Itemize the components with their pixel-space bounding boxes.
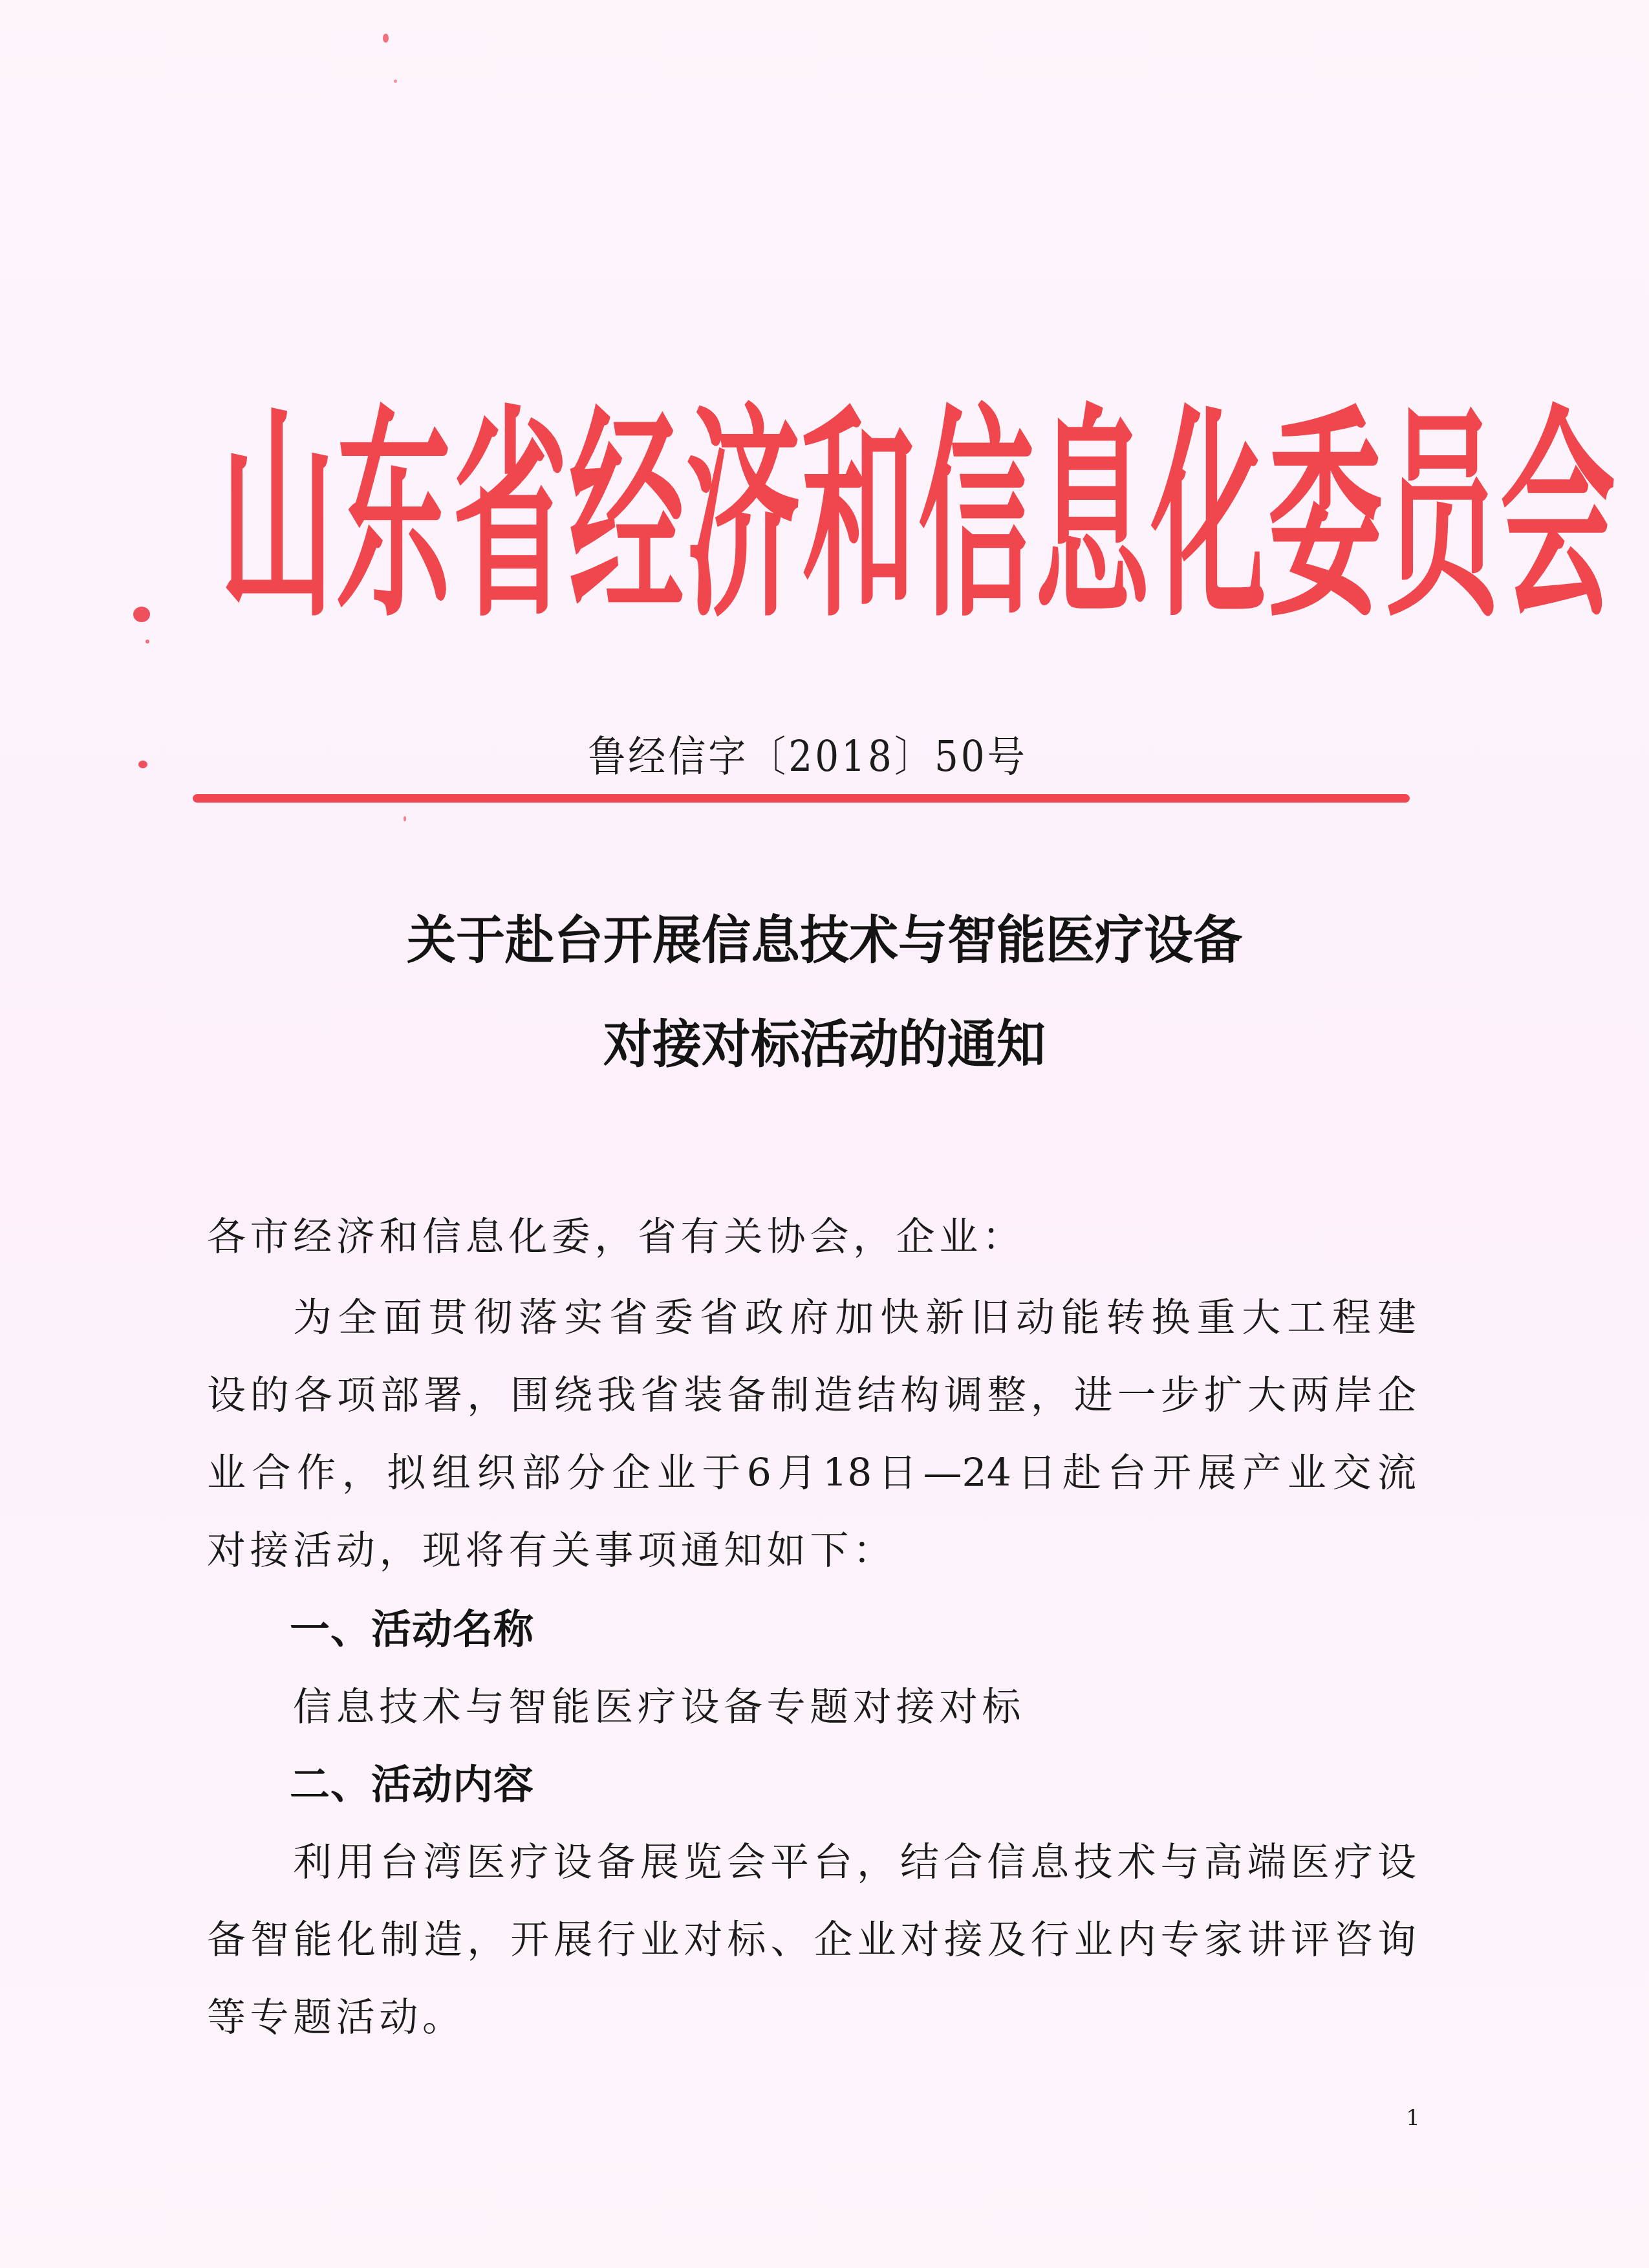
salutation: 各市经济和信息化委，省有关协会，企业： (207, 1205, 1416, 1269)
paragraph-line: 利用台湾医疗设备展览会平台，结合信息技术与高端医疗设 (293, 1830, 1416, 1895)
paragraph-line: 备智能化制造，开展行业对标、企业对接及行业内专家讲评咨询 (207, 1908, 1416, 1972)
section-heading-activity-name: 一、活动名称 (290, 1597, 534, 1662)
title-text-2: 对接对标活动的通知 (603, 1011, 1046, 1079)
paragraph-line: 对接活动，现将有关事项通知如下： (207, 1518, 1416, 1583)
title-text-1: 关于赴台开展信息技术与智能医疗设备 (407, 907, 1242, 975)
red-separator-rule (193, 794, 1410, 803)
document-number: 鲁经信字〔2018〕50号 (0, 731, 1649, 783)
paragraph-line: 信息技术与智能医疗设备专题对接对标 (293, 1675, 1416, 1740)
scan-speck (404, 816, 406, 821)
scan-speck (383, 34, 389, 43)
paragraph-line: 等专题活动。 (207, 1985, 1416, 2050)
document-number-text: 鲁经信字〔2018〕50号 (588, 728, 1027, 786)
page-number: 1 (1400, 2102, 1426, 2134)
issuer-masthead: 山东省经济和信息化委员会 (220, 398, 1390, 637)
scan-speck (133, 607, 150, 622)
scan-speck (145, 640, 149, 643)
paragraph-line: 业合作，拟组织部分企业于6月18日—24日赴台开展产业交流 (207, 1441, 1416, 1506)
scan-speck (394, 80, 397, 83)
paragraph-line: 为全面贯彻落实省委省政府加快新旧动能转换重大工程建 (293, 1286, 1416, 1350)
issuer-name: 山东省经济和信息化委员会 (220, 405, 1390, 629)
document-title-line-2: 对接对标活动的通知 (0, 1012, 1649, 1077)
paragraph-line: 设的各项部署，围绕我省装备制造结构调整，进一步扩大两岸企 (207, 1363, 1416, 1428)
document-page: 山东省经济和信息化委员会 鲁经信字〔2018〕50号 关于赴台开展信息技术与智能… (0, 0, 1649, 2268)
document-title-line-1: 关于赴台开展信息技术与智能医疗设备 (0, 908, 1649, 973)
section-heading-activity-content: 二、活动内容 (290, 1753, 534, 1817)
